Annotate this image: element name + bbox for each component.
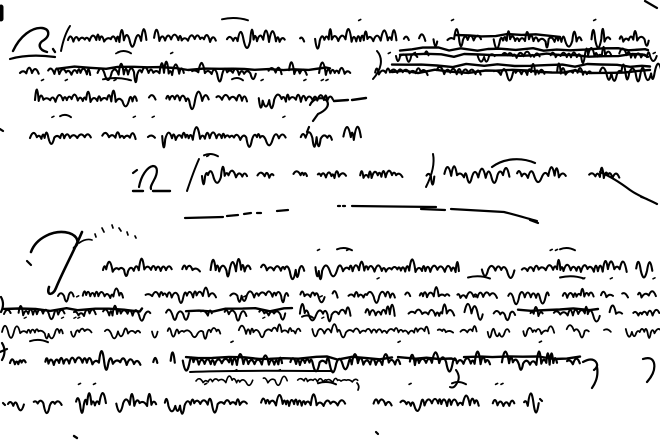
handwritten-line-line-3 bbox=[35, 90, 333, 110]
diacritic-marks-line-3 bbox=[42, 80, 329, 81]
initial-zh-swash bbox=[10, 56, 55, 59]
separator bbox=[185, 206, 538, 223]
handwritten-line-para2-line-5 bbox=[10, 351, 580, 372]
strikethrough bbox=[398, 357, 455, 360]
diacritic-marks-para2-line-1 bbox=[318, 249, 558, 250]
diacritic-marks-para2-line-6 bbox=[79, 383, 504, 384]
initial-zh bbox=[13, 28, 48, 52]
handwritten-line-line-5 bbox=[202, 166, 619, 184]
overbar-para2-line-6-0 bbox=[318, 382, 336, 384]
overbar-para2-line-1-0 bbox=[337, 248, 352, 250]
overbar-bo-line5 bbox=[492, 159, 535, 167]
flourish-initial bbox=[31, 232, 82, 294]
lineE-tail bbox=[583, 358, 654, 388]
diacritic-marks-line-5 bbox=[207, 155, 209, 156]
edge-left-frag2 bbox=[0, 343, 7, 360]
manuscript-page: Scanned page of a handwritten cursive ma… bbox=[0, 0, 660, 440]
edge-left-dot bbox=[0, 129, 3, 131]
strikethrough bbox=[186, 308, 292, 312]
manuscript-scan bbox=[0, 0, 660, 440]
overbar-para2-line-2-0 bbox=[468, 276, 490, 278]
diacritic-marks-para2-line-5 bbox=[231, 341, 541, 342]
insert-comma bbox=[357, 383, 359, 390]
lineE-under-y bbox=[450, 370, 459, 388]
overbar-para2-line-1-1 bbox=[560, 248, 575, 250]
overbar-para2-line-4-0 bbox=[302, 316, 313, 318]
overbar-line-1-0 bbox=[222, 18, 248, 20]
overbar-para2-line-5-0 bbox=[30, 340, 48, 342]
diacritic-marks-para2-line-3 bbox=[77, 296, 478, 297]
handwritten-line-para2-line-2 bbox=[58, 287, 656, 304]
dot-bottom-1 bbox=[74, 436, 77, 438]
strikethrough bbox=[400, 48, 648, 51]
handwritten-line-para2-line-3 bbox=[4, 304, 659, 322]
strikethrough bbox=[392, 64, 650, 67]
handwritten-line-line-4 bbox=[30, 127, 361, 147]
handwritten-line-para2-line-6 bbox=[8, 393, 552, 414]
lineF-mid-dot bbox=[540, 399, 542, 401]
lineE-underline bbox=[190, 371, 332, 372]
line5-tail bbox=[600, 172, 657, 204]
dash-1 bbox=[334, 100, 348, 101]
overbar-line-2-0 bbox=[118, 51, 131, 53]
superscript-note bbox=[79, 225, 136, 243]
overbar-line-5-0 bbox=[204, 154, 218, 156]
handwritten-line-line-1 bbox=[68, 29, 649, 49]
dot-bottom-2 bbox=[376, 432, 378, 434]
stray-mark bbox=[641, 197, 647, 199]
diacritic-marks-line-1 bbox=[359, 20, 596, 21]
initial-l bbox=[133, 166, 157, 189]
overbar-line-3-1 bbox=[232, 78, 243, 80]
handwritten-line-para2-line-4 bbox=[2, 324, 660, 339]
strikethrough bbox=[518, 308, 598, 310]
lineF-lead-dot bbox=[3, 403, 5, 405]
flourish-tick bbox=[27, 261, 31, 265]
diacritic-marks-line-1-insert bbox=[505, 39, 507, 40]
open-paren-line5 bbox=[187, 159, 199, 191]
overbar-line-4-0 bbox=[60, 115, 71, 117]
overbar-para2-line-2-1 bbox=[560, 276, 584, 278]
overbar-para2-line-6-1 bbox=[452, 382, 466, 384]
diacritic-marks-line-4 bbox=[52, 116, 285, 117]
question-mark bbox=[307, 98, 328, 132]
edge-left-frag1 bbox=[1, 297, 3, 312]
edge-top-right bbox=[645, 1, 657, 8]
dash-2 bbox=[352, 98, 366, 100]
diacritic-marks-para2-line-2 bbox=[377, 278, 655, 279]
initial-zh-dot bbox=[53, 49, 55, 52]
